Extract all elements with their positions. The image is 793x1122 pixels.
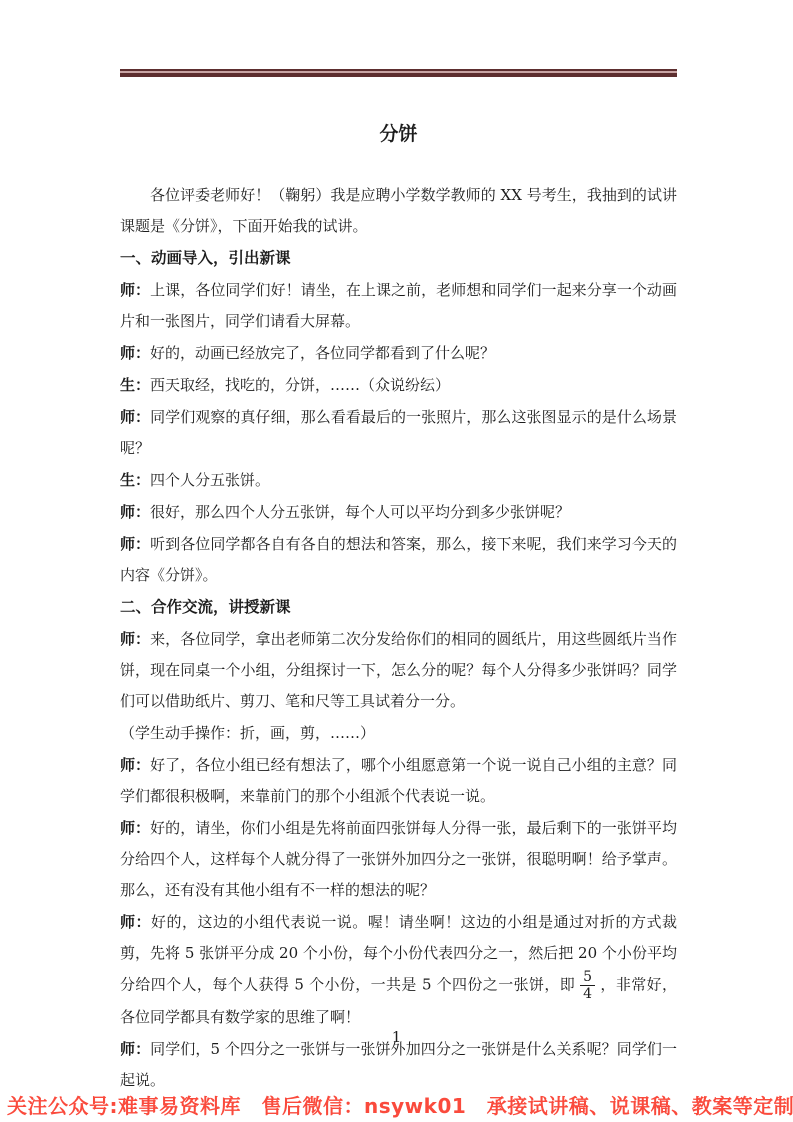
dialog-text: 来，各位同学，拿出老师第二次分发给你们的相同的圆纸片，用这些圆纸片当作饼，现在同… — [120, 630, 677, 710]
dialog-text: 四个人分五张饼。 — [150, 471, 270, 489]
dialog-paragraph: 师：好的，动画已经放完了，各位同学都看到了什么呢？ — [120, 338, 677, 369]
speaker-label: 师： — [120, 344, 150, 362]
dialog-paragraph: 师：好的，请坐，你们小组是先将前面四张饼每人分得一张，最后剩下的一张饼平均分给四… — [120, 813, 677, 906]
dialog-paragraph: 生：西天取经，找吃的，分饼，……（众说纷纭） — [120, 370, 677, 401]
speaker-label: 师： — [120, 756, 150, 774]
dialog-text: 很好，那么四个人分五张饼，每个人可以平均分到多少张饼呢？ — [150, 503, 570, 521]
speaker-label: 师： — [120, 535, 150, 553]
dialog-text: 好的，请坐，你们小组是先将前面四张饼每人分得一张，最后剩下的一张饼平均分给四个人… — [120, 819, 677, 899]
footer-text: 关注公众号:难事易资料库 售后微信：nsywk01 承接试讲稿、说课稿、教案等定… — [7, 1090, 793, 1119]
speaker-label: 师： — [120, 408, 150, 426]
dialog-paragraph: 师：上课，各位同学们好！请坐，在上课之前，老师想和同学们一起来分享一个动画片和一… — [120, 275, 677, 337]
dialog-text: 好的，动画已经放完了，各位同学都看到了什么呢？ — [150, 344, 495, 362]
speaker-label: 生： — [120, 376, 150, 394]
speaker-label: 师： — [120, 281, 150, 299]
header-rule — [120, 69, 677, 77]
dialog-paragraph: 师：来，各位同学，拿出老师第二次分发给你们的相同的圆纸片，用这些圆纸片当作饼，现… — [120, 624, 677, 717]
page-title: 分饼 — [120, 119, 677, 146]
document-page: 分饼 各位评委老师好！（鞠躬）我是应聘小学数学教师的 XX 号考生，我抽到的试讲… — [120, 69, 677, 1097]
section-heading-2: 二、合作交流，讲授新课 — [120, 592, 677, 623]
stage-direction: （学生动手操作：折，画，剪，……） — [120, 718, 677, 749]
speaker-label: 师： — [120, 819, 150, 837]
fraction-denominator: 4 — [580, 986, 595, 1002]
speaker-label: 师： — [120, 503, 150, 521]
dialog-paragraph: 生：四个人分五张饼。 — [120, 465, 677, 496]
intro-paragraph: 各位评委老师好！（鞠躬）我是应聘小学数学教师的 XX 号考生，我抽到的试讲课题是… — [120, 180, 677, 242]
speaker-label: 生： — [120, 471, 150, 489]
speaker-label: 师： — [120, 913, 151, 931]
dialog-paragraph: 师：同学们观察的真仔细，那么看看最后的一张照片，那么这张图显示的是什么场景呢？ — [120, 402, 677, 464]
fraction-five-fourths: 54 — [580, 969, 595, 1002]
dialog-text: 西天取经，找吃的，分饼，……（众说纷纭） — [150, 376, 450, 394]
dialog-text: 好了，各位小组已经有想法了，哪个小组愿意第一个说一说自己小组的主意？同学们都很积… — [120, 756, 677, 805]
fraction-numerator: 5 — [580, 969, 595, 986]
dialog-text: 上课，各位同学们好！请坐，在上课之前，老师想和同学们一起来分享一个动画片和一张图… — [120, 281, 677, 330]
dialog-text: 同学们，5 个四分之一张饼与一张饼外加四分之一张饼是什么关系呢？同学们一起说。 — [120, 1040, 677, 1089]
section-heading-1: 一、动画导入，引出新课 — [120, 243, 677, 274]
dialog-text: 同学们观察的真仔细，那么看看最后的一张照片，那么这张图显示的是什么场景呢？ — [120, 408, 677, 457]
dialog-paragraph: 师：好了，各位小组已经有想法了，哪个小组愿意第一个说一说自己小组的主意？同学们都… — [120, 750, 677, 812]
dialog-text: 听到各位同学都各自有各自的想法和答案，那么，接下来呢，我们来学习今天的内容《分饼… — [120, 535, 677, 584]
dialog-paragraph-with-fraction: 师：好的，这边的小组代表说一说。喔！请坐啊！这边的小组是通过对折的方式裁剪，先将… — [120, 907, 677, 1033]
footer-bar: 关注公众号:难事易资料库 售后微信：nsywk01 承接试讲稿、说课稿、教案等定… — [0, 1087, 793, 1122]
dialog-paragraph: 师：听到各位同学都各自有各自的想法和答案，那么，接下来呢，我们来学习今天的内容《… — [120, 529, 677, 591]
dialog-paragraph: 师：很好，那么四个人分五张饼，每个人可以平均分到多少张饼呢？ — [120, 497, 677, 528]
speaker-label: 师： — [120, 630, 150, 648]
page-number: 1 — [0, 1028, 793, 1046]
